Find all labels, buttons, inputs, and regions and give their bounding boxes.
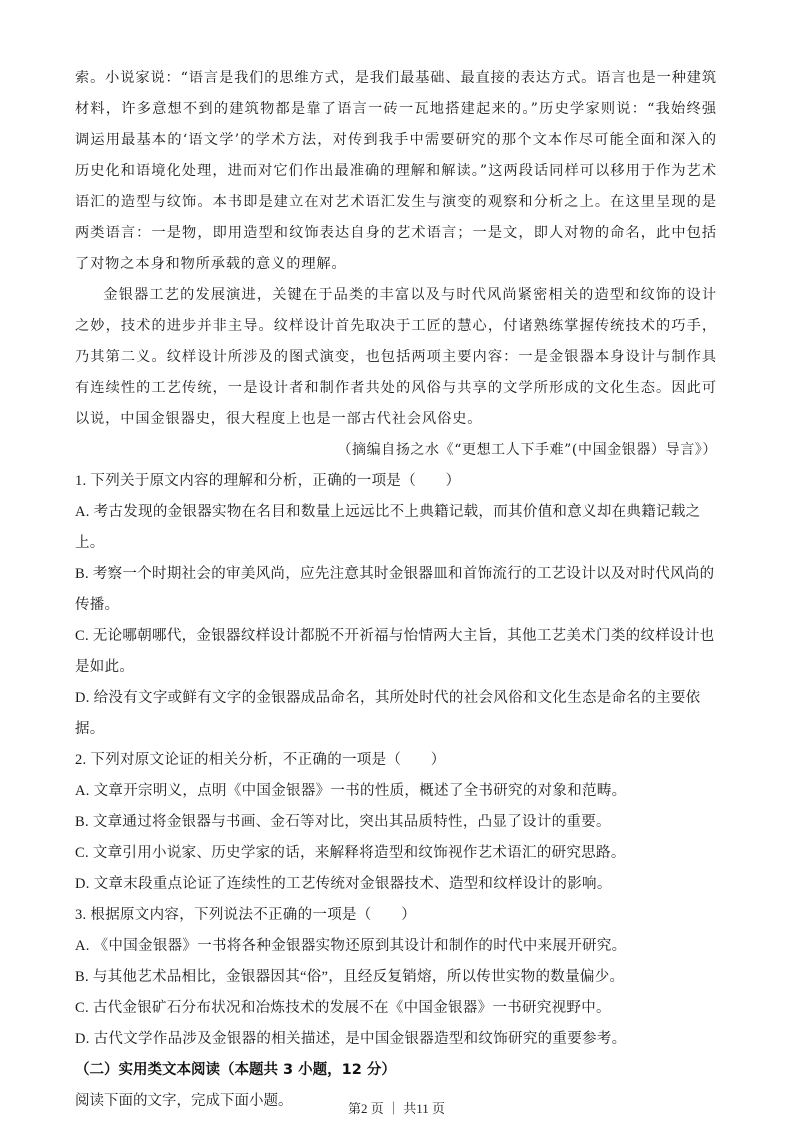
passage-paragraph-2: 金银器工艺的发展演进，关键在于品类的丰富以及与时代风尚紧密相关的造型和纹饰的设计…: [75, 280, 717, 435]
section-heading: （二）实用类文本阅读（本题共 3 小题，12 分）: [75, 1055, 717, 1086]
question-stem: 3. 根据原文内容，下列说法不正确的一项是（ ）: [75, 900, 717, 931]
option-a[interactable]: A. 《中国金银器》一书将各种金银器实物还原到其设计和制作的时代中来展开研究。: [75, 931, 717, 962]
option-b[interactable]: B. 与其他艺术品相比，金银器因其“俗”，且经反复销熔，所以传世实物的数量偏少。: [75, 962, 717, 993]
passage-paragraph-1: 索。小说家说：“语言是我们的思维方式，是我们最基础、最直接的表达方式。语言也是一…: [75, 63, 717, 280]
question-2: 2. 下列对原文论证的相关分析，不正确的一项是（ ） A. 文章开宗明义，点明《…: [75, 745, 717, 900]
page-footer: 第2 页 ｜ 共11 页: [0, 1098, 793, 1117]
option-d[interactable]: D. 古代文学作品涉及金银器的相关描述，是中国金银器造型和纹饰研究的重要参考。: [75, 1024, 717, 1055]
option-c[interactable]: C. 文章引用小说家、历史学家的话，来解释将造型和纹饰视作艺术语汇的研究思路。: [75, 838, 717, 869]
option-d[interactable]: D. 给没有文字或鲜有文字的金银器成品命名，其所处时代的社会风俗和文化生态是命名…: [75, 683, 717, 745]
option-c[interactable]: C. 无论哪朝哪代，金银器纹样设计都脱不开祈福与怡情两大主旨，其他工艺美术门类的…: [75, 621, 717, 683]
question-stem: 2. 下列对原文论证的相关分析，不正确的一项是（ ）: [75, 745, 717, 776]
passage-source: （摘编自扬之水《“更想工人下手难”(中国金银器）导言》）: [75, 435, 717, 466]
document-page: 索。小说家说：“语言是我们的思维方式，是我们最基础、最直接的表达方式。语言也是一…: [75, 63, 717, 1117]
option-d[interactable]: D. 文章末段重点论证了连续性的工艺传统对金银器技术、造型和纹样设计的影响。: [75, 869, 717, 900]
option-a[interactable]: A. 文章开宗明义，点明《中国金银器》一书的性质，概述了全书研究的对象和范畴。: [75, 776, 717, 807]
question-1: 1. 下列关于原文内容的理解和分析，正确的一项是（ ） A. 考古发现的金银器实…: [75, 466, 717, 745]
option-a[interactable]: A. 考古发现的金银器实物在名目和数量上远远比不上典籍记载，而其价值和意义却在典…: [75, 497, 717, 559]
option-b[interactable]: B. 考察一个时期社会的审美风尚，应先注意其时金银器皿和首饰流行的工艺设计以及对…: [75, 559, 717, 621]
question-stem: 1. 下列关于原文内容的理解和分析，正确的一项是（ ）: [75, 466, 717, 497]
option-b[interactable]: B. 文章通过将金银器与书画、金石等对比，突出其品质特性，凸显了设计的重要。: [75, 807, 717, 838]
question-3: 3. 根据原文内容，下列说法不正确的一项是（ ） A. 《中国金银器》一书将各种…: [75, 900, 717, 1055]
option-c[interactable]: C. 古代金银矿石分布状况和冶炼技术的发展不在《中国金银器》一书研究视野中。: [75, 993, 717, 1024]
